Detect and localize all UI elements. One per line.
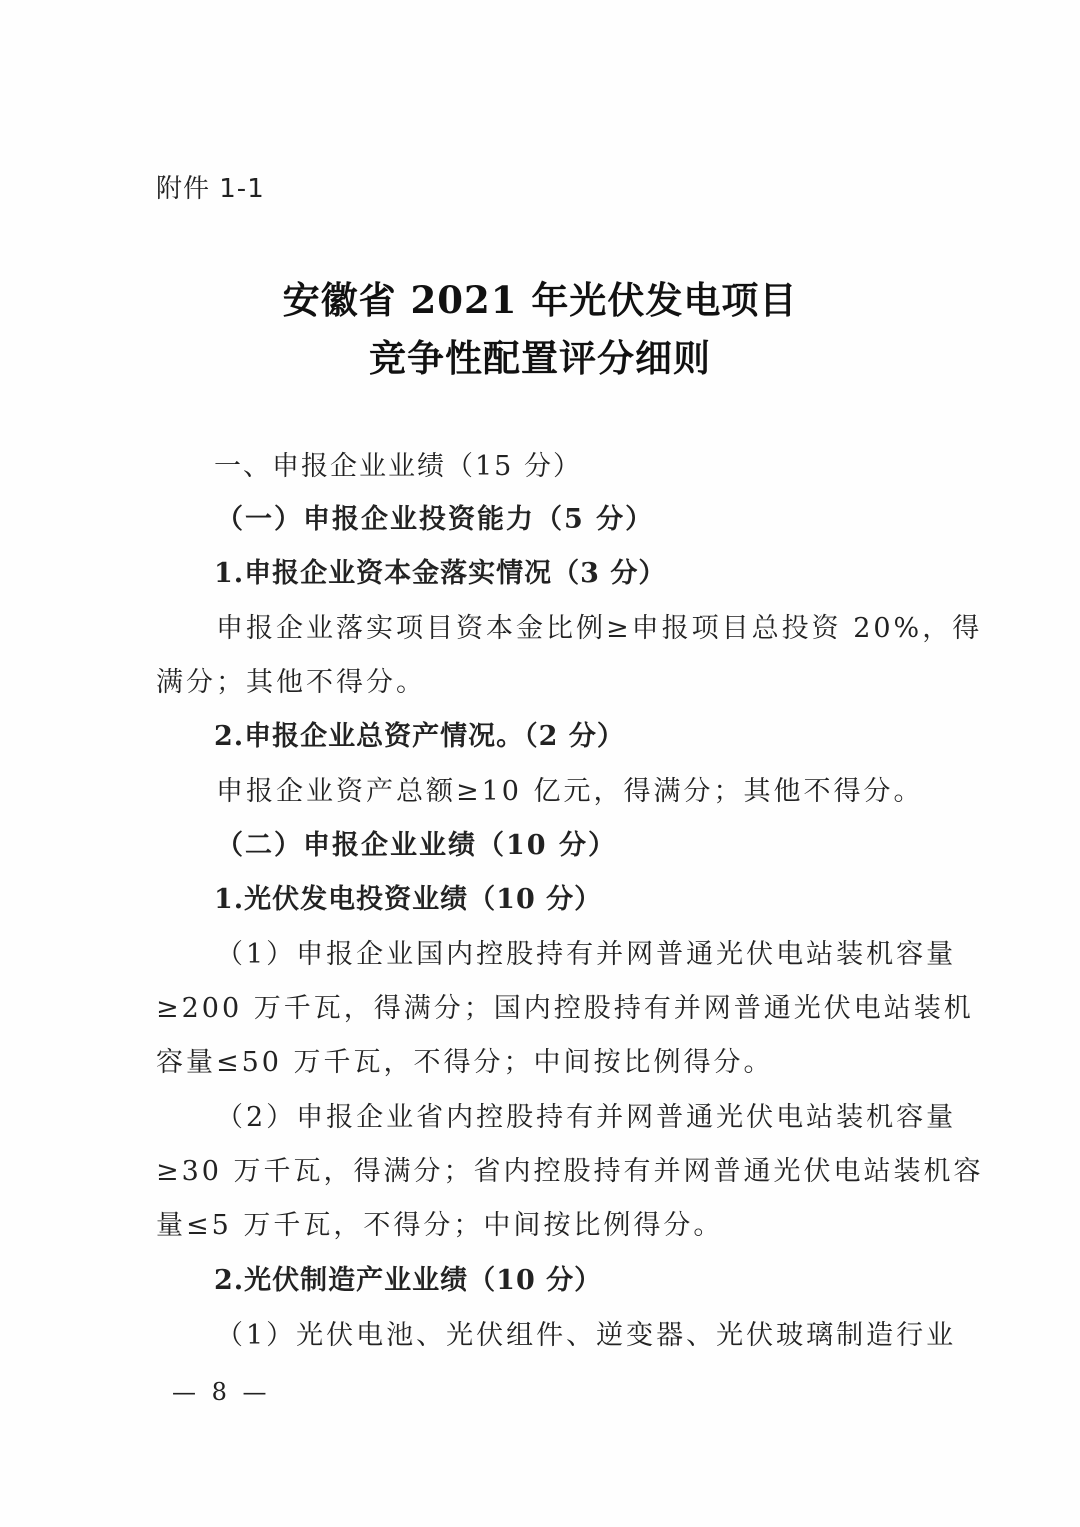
paragraph-line: （2）申报企业省内控股持有并网普通光伏电站装机容量 bbox=[216, 1095, 924, 1134]
attachment-label: 附件 1-1 bbox=[156, 168, 265, 205]
paragraph-line: （1）光伏电池、光伏组件、逆变器、光伏玻璃制造行业 bbox=[216, 1313, 924, 1352]
paragraph-line: （1）申报企业国内控股持有并网普通光伏电站装机容量 bbox=[216, 932, 924, 971]
paragraph-line: ≥30 万千瓦，得满分；省内控股持有并网普通光伏电站装机容 bbox=[156, 1149, 924, 1188]
item-heading-2-2: 2.光伏制造产业业绩（10 分） bbox=[214, 1258, 602, 1297]
paragraph-line: 满分；其他不得分。 bbox=[156, 660, 426, 699]
section-heading-1: 一、申报企业业绩（15 分） bbox=[214, 444, 582, 483]
paragraph-line: 申报企业落实项目资本金比例≥申报项目总投资 20%，得 bbox=[216, 606, 924, 645]
item-heading-1-2: 2.申报企业总资产情况。（2 分） bbox=[214, 714, 625, 753]
document-page: 附件 1-1 安徽省 2021 年光伏发电项目 竞争性配置评分细则 一、申报企业… bbox=[0, 0, 1080, 1527]
document-title-line1: 安徽省 2021 年光伏发电项目 bbox=[0, 270, 1080, 324]
document-title-line2: 竞争性配置评分细则 bbox=[0, 328, 1080, 382]
paragraph-line: 容量≤50 万千瓦，不得分；中间按比例得分。 bbox=[156, 1040, 774, 1079]
paragraph-line: 申报企业资产总额≥10 亿元，得满分；其他不得分。 bbox=[216, 769, 924, 808]
paragraph-line: 量≤5 万千瓦，不得分；中间按比例得分。 bbox=[156, 1203, 723, 1242]
page-number: — 8 — bbox=[172, 1378, 271, 1406]
paragraph-line: ≥200 万千瓦，得满分；国内控股持有并网普通光伏电站装机 bbox=[156, 986, 924, 1025]
subsection-heading-1: （一）申报企业投资能力（5 分） bbox=[216, 497, 654, 536]
item-heading-1-1: 1.申报企业资本金落实情况（3 分） bbox=[214, 551, 666, 590]
subsection-heading-2: （二）申报企业业绩（10 分） bbox=[216, 823, 617, 862]
item-heading-2-1: 1.光伏发电投资业绩（10 分） bbox=[214, 877, 602, 916]
